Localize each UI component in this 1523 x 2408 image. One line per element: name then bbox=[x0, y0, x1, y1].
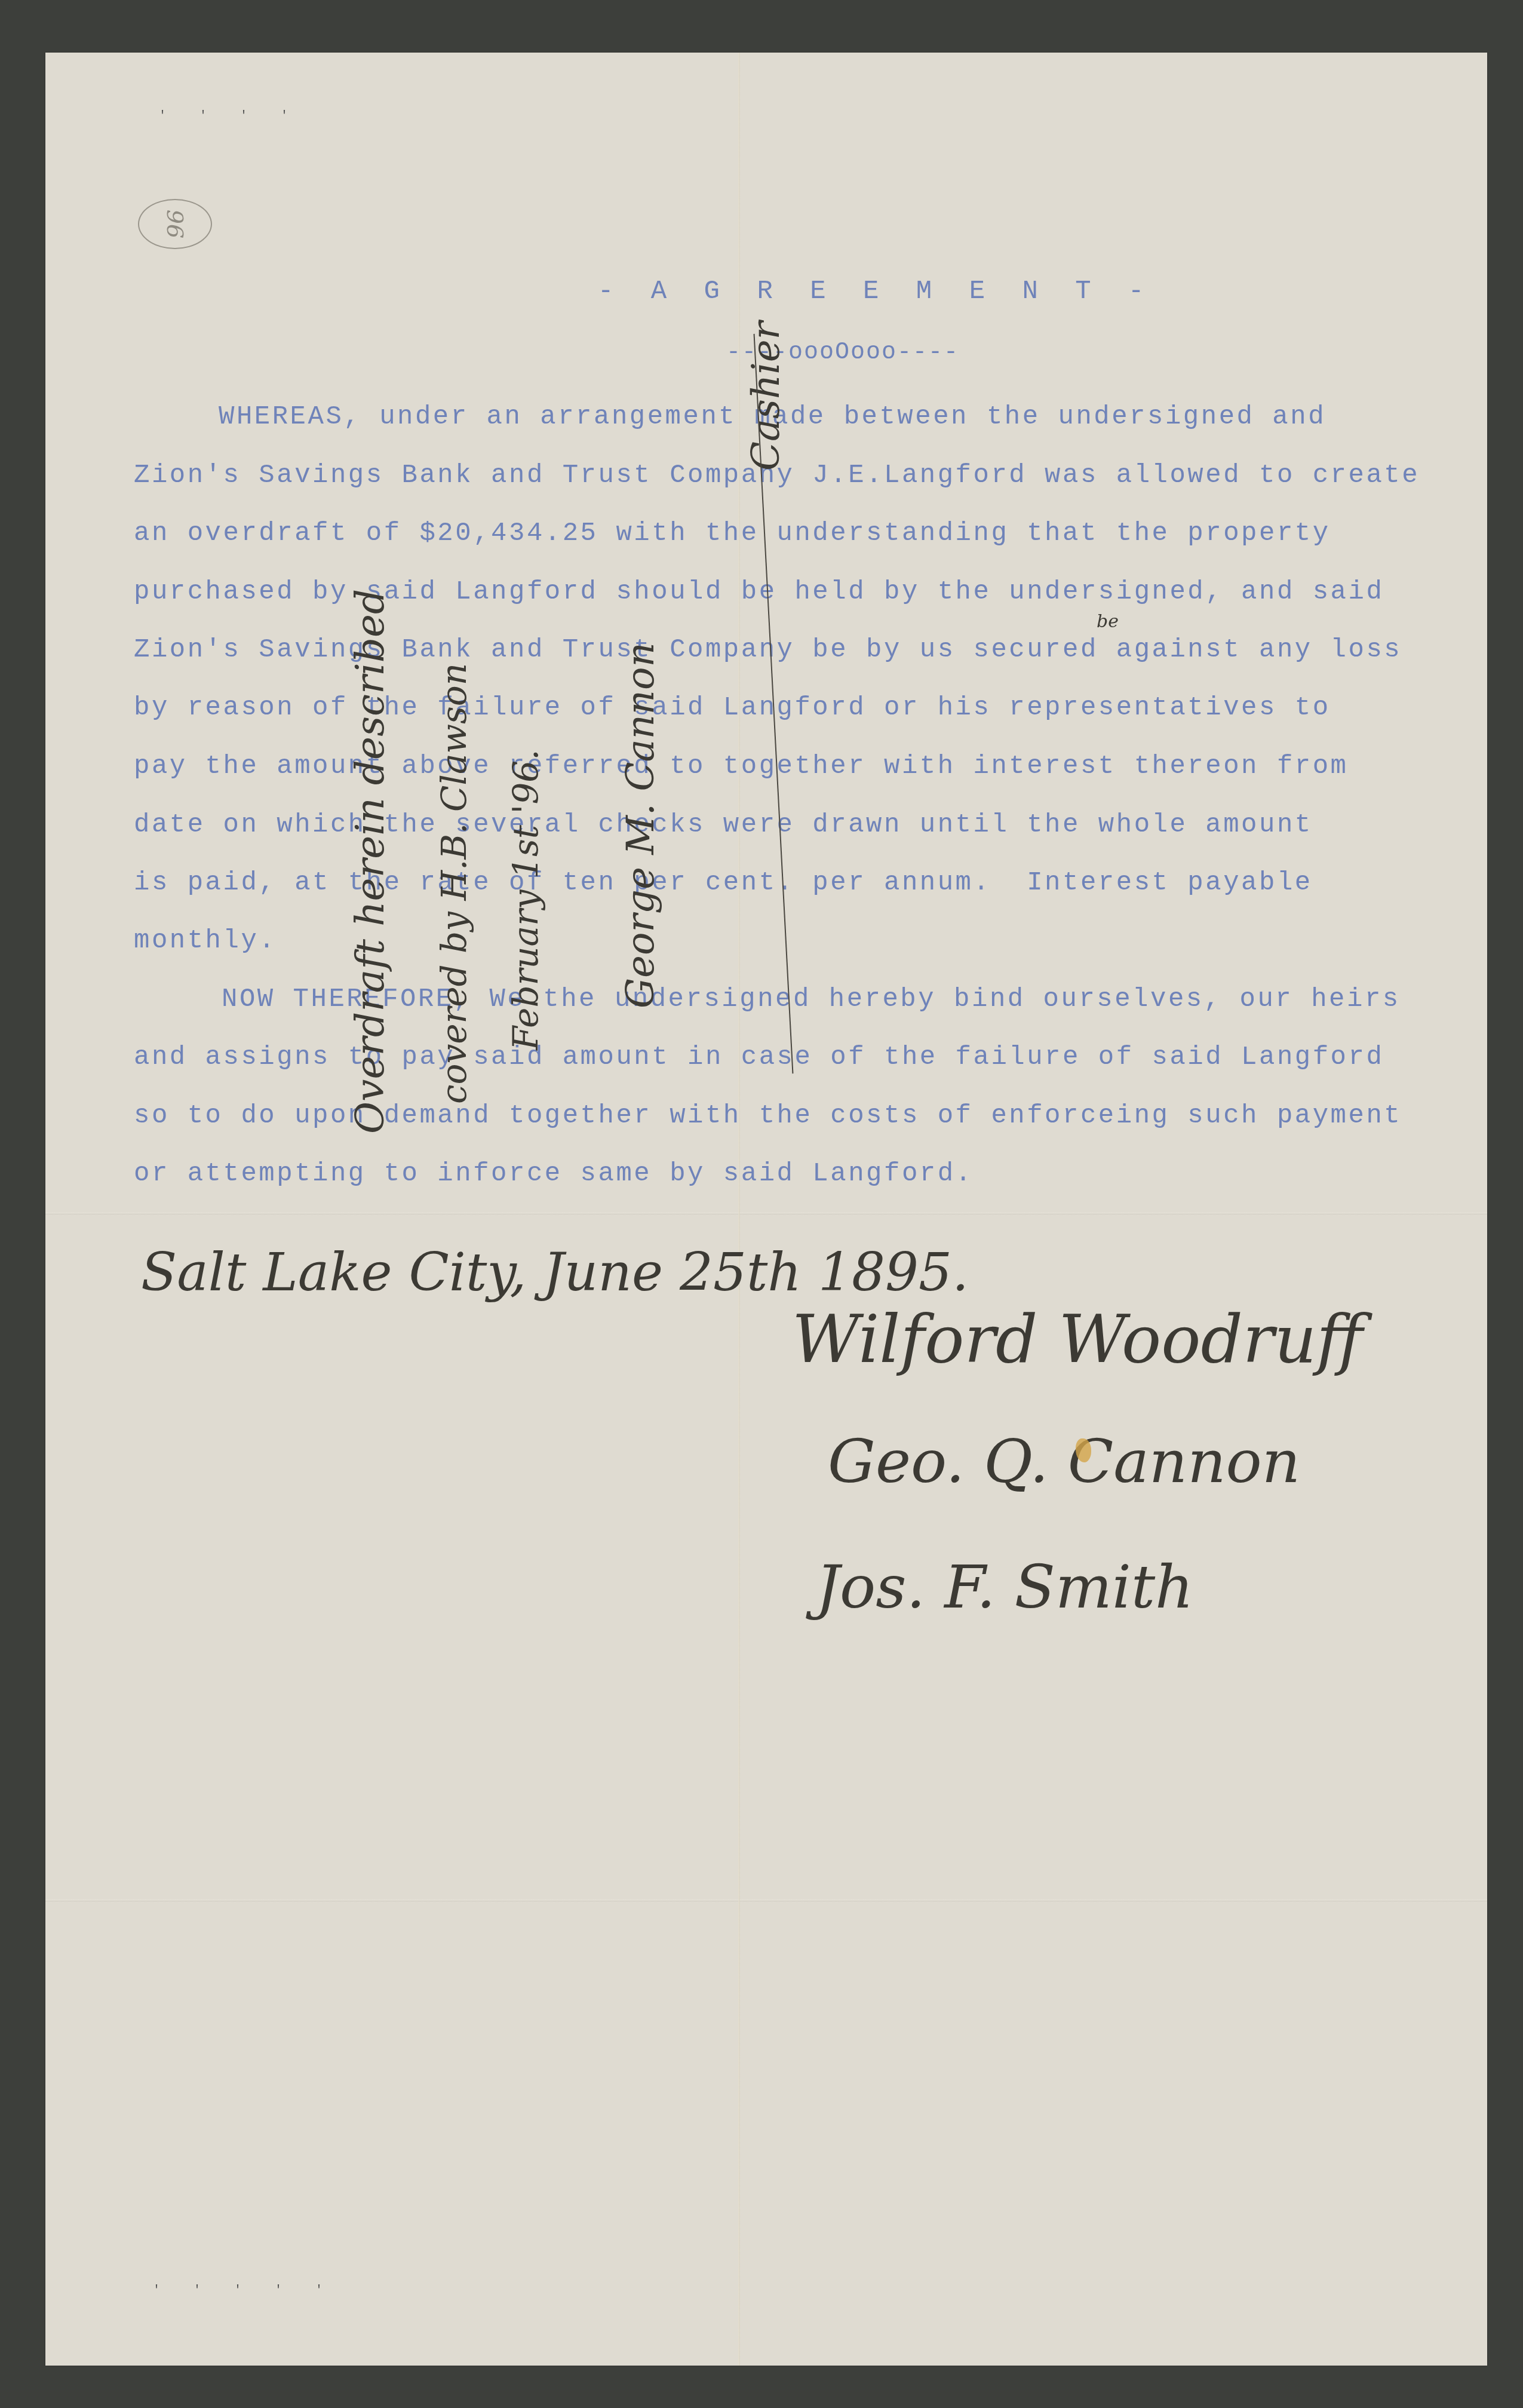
signature-geo-q-cannon: Geo. Q. Cannon bbox=[828, 1427, 1300, 1496]
body-line-6: by reason of the failure of said Langfor… bbox=[134, 693, 1331, 723]
body-line-13: so to do upon demand together with the c… bbox=[134, 1101, 1402, 1131]
handwritten-date: Salt Lake City, June 25th 1895. bbox=[141, 1241, 969, 1303]
fold-line-lower bbox=[45, 1900, 1487, 1901]
body-line-5: Zion's Savings Bank and Trust Company be… bbox=[134, 635, 1402, 665]
archive-number: 96 bbox=[162, 210, 188, 238]
fold-line-vertical bbox=[738, 53, 740, 2366]
body-line-14: or attempting to inforce same by said La… bbox=[134, 1159, 974, 1189]
body-line-3: an overdraft of $20,434.25 with the unde… bbox=[134, 519, 1331, 548]
binding-holes-bottom: ' ' ' ' ' bbox=[153, 2284, 336, 2297]
body-line-7: pay the amount above referred to togethe… bbox=[134, 751, 1349, 781]
body-line-9: is paid, at the rate of ten per cent. pe… bbox=[134, 868, 1313, 898]
annotation-line-date: February 1st '96. bbox=[505, 749, 546, 1050]
body-line-12: and assigns to pay said amount in case o… bbox=[134, 1042, 1384, 1072]
document-title: - A G R E E M E N T - bbox=[598, 277, 1155, 306]
fold-line-upper bbox=[45, 1213, 1487, 1214]
paper-stain bbox=[1076, 1438, 1091, 1462]
body-line-10: monthly. bbox=[134, 926, 277, 956]
annotation-line-covered-by: covered by H.B. Clawson bbox=[434, 663, 474, 1104]
annotation-line-overdraft: Overdraft herein described bbox=[347, 589, 393, 1134]
interlinear-insertion: be bbox=[1097, 611, 1119, 632]
annotation-line-cashier-name: George M. Cannon bbox=[619, 642, 663, 1008]
body-line-11: NOW THEREFORE, We the undersigned hereby… bbox=[222, 984, 1401, 1014]
archive-number-circle: 96 bbox=[138, 199, 212, 249]
document-page: ' ' ' ' ' ' ' ' ' 96 - A G R E E M E N T… bbox=[45, 53, 1487, 2366]
binding-holes-top: ' ' ' ' bbox=[159, 109, 301, 123]
signature-jos-f-smith: Jos. F. Smith bbox=[816, 1552, 1193, 1622]
signature-wilford-woodruff: Wilford Woodruff bbox=[792, 1301, 1363, 1378]
annotation-line-cashier-title: Cashier bbox=[744, 321, 788, 471]
body-line-8: date on which the several checks were dr… bbox=[134, 810, 1313, 840]
body-line-4: purchased by said Langford should be hel… bbox=[134, 577, 1384, 607]
